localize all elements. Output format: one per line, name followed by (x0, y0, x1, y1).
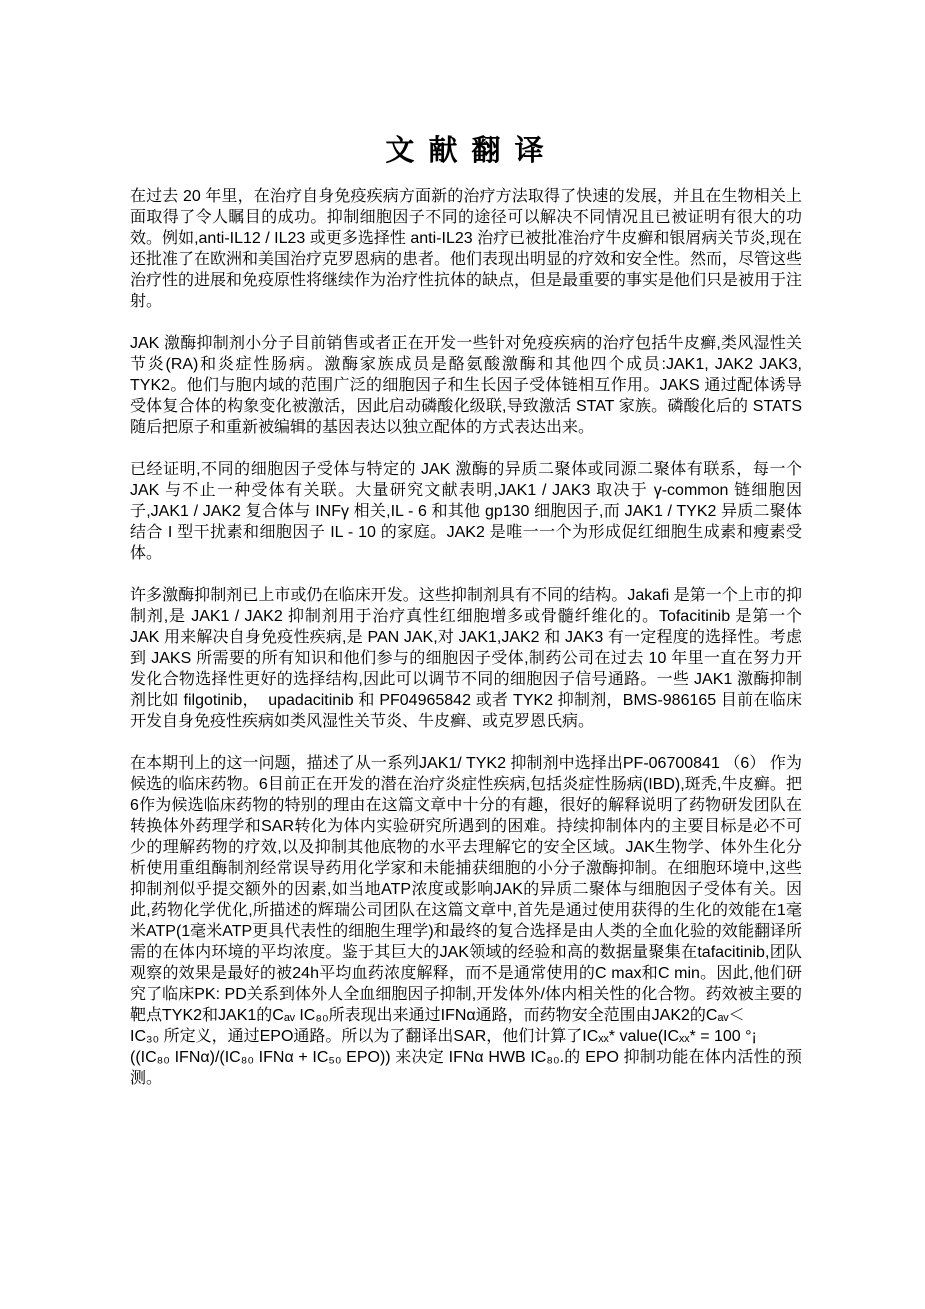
document-title: 文 献 翻 译 (130, 128, 802, 169)
document-content: 文 献 翻 译 在过去 20 年里，在治疗自身免疫疾病方面新的治疗方法取得了快速… (130, 128, 802, 1089)
document-page: 文 献 翻 译 在过去 20 年里，在治疗自身免疫疾病方面新的治疗方法取得了快速… (0, 0, 925, 1309)
paragraph-jak-receptor-dimers: 已经证明,不同的细胞因子受体与特定的 JAK 激酶的异质二聚体或同源二聚体有联系… (130, 459, 802, 564)
paragraph-intro-autoimmune-therapies: 在过去 20 年里，在治疗自身免疫疾病方面新的治疗方法取得了快速的发展，并且在生… (130, 186, 802, 312)
paragraph-jak-inhibitor-overview: JAK 激酶抑制剂小分子目前销售或者正在开发一些针对免疫疾病的治疗包括牛皮癣,类… (130, 333, 802, 438)
paragraph-pf-06700841-selection: 在本期刊上的这一问题，描述了从一系列JAK1/ TYK2 抑制剂中选择出PF-0… (130, 753, 802, 1089)
paragraph-marketed-inhibitors: 许多激酶抑制剂已上市或仍在临床开发。这些抑制剂具有不同的结构。Jakafi 是第… (130, 585, 802, 732)
